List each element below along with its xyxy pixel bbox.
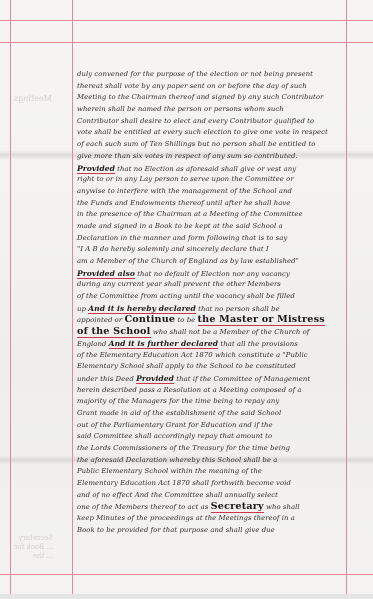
blackletter-phrase: Secretary xyxy=(211,501,264,513)
text-line: England And it is further declared that … xyxy=(77,338,343,350)
text-line: right to or in any Lay person to serve u… xyxy=(77,174,343,186)
text-segment: Grant made in aid of the establishment o… xyxy=(77,409,281,417)
text-line: anywise to interfere with the management… xyxy=(77,186,343,198)
text-line: give more than six votes in respect of a… xyxy=(77,151,343,163)
text-line: Public Elementary School within the mean… xyxy=(77,466,343,478)
text-line: "I A B do hereby solemnly and sincerely … xyxy=(77,244,343,256)
text-line: out of the Parliamentary Grant for Educa… xyxy=(77,420,343,432)
text-margin-rule xyxy=(72,0,73,594)
text-line: majority of the Managers for the time be… xyxy=(77,396,343,408)
emphasized-phrase: And it is further declared xyxy=(109,339,219,349)
text-segment: that if the Committee of Management xyxy=(174,375,310,383)
text-segment: to be xyxy=(175,316,197,324)
text-segment: majority of the Managers for the time be… xyxy=(77,397,279,405)
text-segment: the Funds and Endowments thereof until a… xyxy=(77,199,290,207)
text-segment: under this Deed xyxy=(77,375,136,383)
text-segment: Public Elementary School within the mean… xyxy=(77,467,262,475)
text-segment: one of the Members thereof to act as xyxy=(77,503,211,511)
text-segment: Declaration in the manner and form follo… xyxy=(77,234,287,242)
text-segment: keep Minutes of the proceedings at the M… xyxy=(77,514,295,522)
emphasized-phrase: Provided also xyxy=(77,269,135,279)
text-segment: appointed or xyxy=(77,316,124,324)
text-line: the Lords Commissioners of the Treasury … xyxy=(77,443,343,455)
top-rule-2 xyxy=(0,42,373,43)
margin-ghost-text-bottom: Secretary ... Book for ... the xyxy=(14,534,53,561)
right-margin-rule xyxy=(346,0,347,594)
text-line: the Funds and Endowments thereof until a… xyxy=(77,198,343,210)
blackletter-phrase: of the School xyxy=(77,326,151,338)
text-line: of the Committee from acting until the v… xyxy=(77,291,343,303)
bottom-rule xyxy=(0,574,373,575)
text-segment: Contributor shall desire to elect and ev… xyxy=(77,117,314,125)
text-line: Elementary Education Act 1870 shall fort… xyxy=(77,478,343,490)
text-line: the aforesaid Declaration whereby this S… xyxy=(77,455,343,467)
text-line: Declaration in the manner and form follo… xyxy=(77,233,343,245)
text-line: am a Member of the Church of England as … xyxy=(77,256,343,268)
text-line: under this Deed Provided that if the Com… xyxy=(77,373,343,385)
text-segment: am a Member of the Church of England as … xyxy=(77,257,299,265)
text-segment: give more than six votes in respect of a… xyxy=(77,152,298,160)
text-line: said Committee shall accordingly repay t… xyxy=(77,431,343,443)
text-segment: that all the provisions xyxy=(218,340,298,348)
text-line: Meeting to the Chairman thereof and sign… xyxy=(77,92,343,104)
text-line: wherein shall be named the person or per… xyxy=(77,104,343,116)
text-segment: England xyxy=(77,340,109,348)
text-segment: of the Committee from acting until the v… xyxy=(77,292,295,300)
text-line: appointed or Continue to be the Master o… xyxy=(77,314,343,326)
text-line: up And it is hereby declared that no per… xyxy=(77,303,343,315)
text-line: Book to be provided for that purpose and… xyxy=(77,525,343,537)
text-segment: out of the Parliamentary Grant for Educa… xyxy=(77,421,273,429)
text-segment: and of no effect And the Committee shall… xyxy=(77,491,278,499)
blackletter-phrase: Continue xyxy=(124,314,175,325)
text-segment: made and signed in a Book to be kept at … xyxy=(77,222,283,230)
text-line: of each such sum of Ten Shillings but no… xyxy=(77,139,343,151)
text-segment: "I A B do hereby solemnly and sincerely … xyxy=(77,245,269,253)
text-segment: in the presence of the Chairman at a Mee… xyxy=(77,210,303,218)
text-segment: that no Election as aforesaid shall give… xyxy=(115,165,296,173)
text-line: vote shall be entitled at every such ele… xyxy=(77,127,343,139)
emphasized-phrase: Provided xyxy=(136,374,174,384)
text-segment: said Committee shall accordingly repay t… xyxy=(77,432,272,440)
text-line: one of the Members thereof to act as Sec… xyxy=(77,501,343,513)
emphasized-phrase: And it is hereby declared xyxy=(88,304,196,314)
text-line: Provided that no Election as aforesaid s… xyxy=(77,163,343,175)
text-segment: the Lords Commissioners of the Treasury … xyxy=(77,444,290,452)
emphasized-phrase: Provided xyxy=(77,164,115,174)
text-line: of the School who shall not be a Member … xyxy=(77,326,343,338)
text-segment: anywise to interfere with the management… xyxy=(77,187,292,195)
scan-edge xyxy=(0,594,373,599)
text-line: during any current year shall prevent th… xyxy=(77,279,343,291)
text-segment: Elementary Education Act 1870 shall fort… xyxy=(77,479,291,487)
text-line: in the presence of the Chairman at a Mee… xyxy=(77,209,343,221)
text-segment: of the Elementary Education Act 1870 whi… xyxy=(77,351,308,359)
text-segment: vote shall be entitled at every such ele… xyxy=(77,128,328,136)
text-segment: Book to be provided for that purpose and… xyxy=(77,526,275,534)
text-line: of the Elementary Education Act 1870 whi… xyxy=(77,350,343,362)
text-segment: that no default of Election nor any vaca… xyxy=(135,270,290,278)
text-line: Elementary School shall apply to the Sch… xyxy=(77,361,343,373)
text-segment: right to or in any Lay person to serve u… xyxy=(77,175,294,183)
text-segment: Elementary School shall apply to the Sch… xyxy=(77,362,296,370)
margin-ghost-text: Meetings xyxy=(14,94,52,103)
text-segment: of each such sum of Ten Shillings but no… xyxy=(77,140,315,148)
text-segment: the aforesaid Declaration whereby this S… xyxy=(77,456,277,464)
text-line: and of no effect And the Committee shall… xyxy=(77,490,343,502)
text-segment: thereat shall vote by any paper sent on … xyxy=(77,82,307,90)
text-segment: wherein shall be named the person or per… xyxy=(77,105,284,113)
deed-body-text: duly convened for the purpose of the ele… xyxy=(77,69,343,537)
text-line: Grant made in aid of the establishment o… xyxy=(77,408,343,420)
text-segment: who shall not be a Member of the Church … xyxy=(151,328,310,336)
left-margin-rule xyxy=(10,0,11,594)
blackletter-phrase: the Master or Mistress xyxy=(198,314,325,326)
text-segment: that no person shall be xyxy=(196,305,280,313)
text-line: keep Minutes of the proceedings at the M… xyxy=(77,513,343,525)
text-segment: up xyxy=(77,305,88,313)
text-line: made and signed in a Book to be kept at … xyxy=(77,221,343,233)
text-segment: who shall xyxy=(264,503,300,511)
text-segment: herein described pass a Resolution at a … xyxy=(77,386,302,394)
deed-page: Meetings Secretary ... Book for ... the … xyxy=(0,0,373,599)
text-segment: duly convened for the purpose of the ele… xyxy=(77,70,313,78)
text-segment: during any current year shall prevent th… xyxy=(77,280,281,288)
text-line: herein described pass a Resolution at a … xyxy=(77,385,343,397)
text-segment: Meeting to the Chairman thereof and sign… xyxy=(77,93,323,101)
text-line: duly convened for the purpose of the ele… xyxy=(77,69,343,81)
top-rule-1 xyxy=(0,20,373,21)
text-line: Contributor shall desire to elect and ev… xyxy=(77,116,343,128)
text-line: thereat shall vote by any paper sent on … xyxy=(77,81,343,93)
text-line: Provided also that no default of Electio… xyxy=(77,268,343,280)
